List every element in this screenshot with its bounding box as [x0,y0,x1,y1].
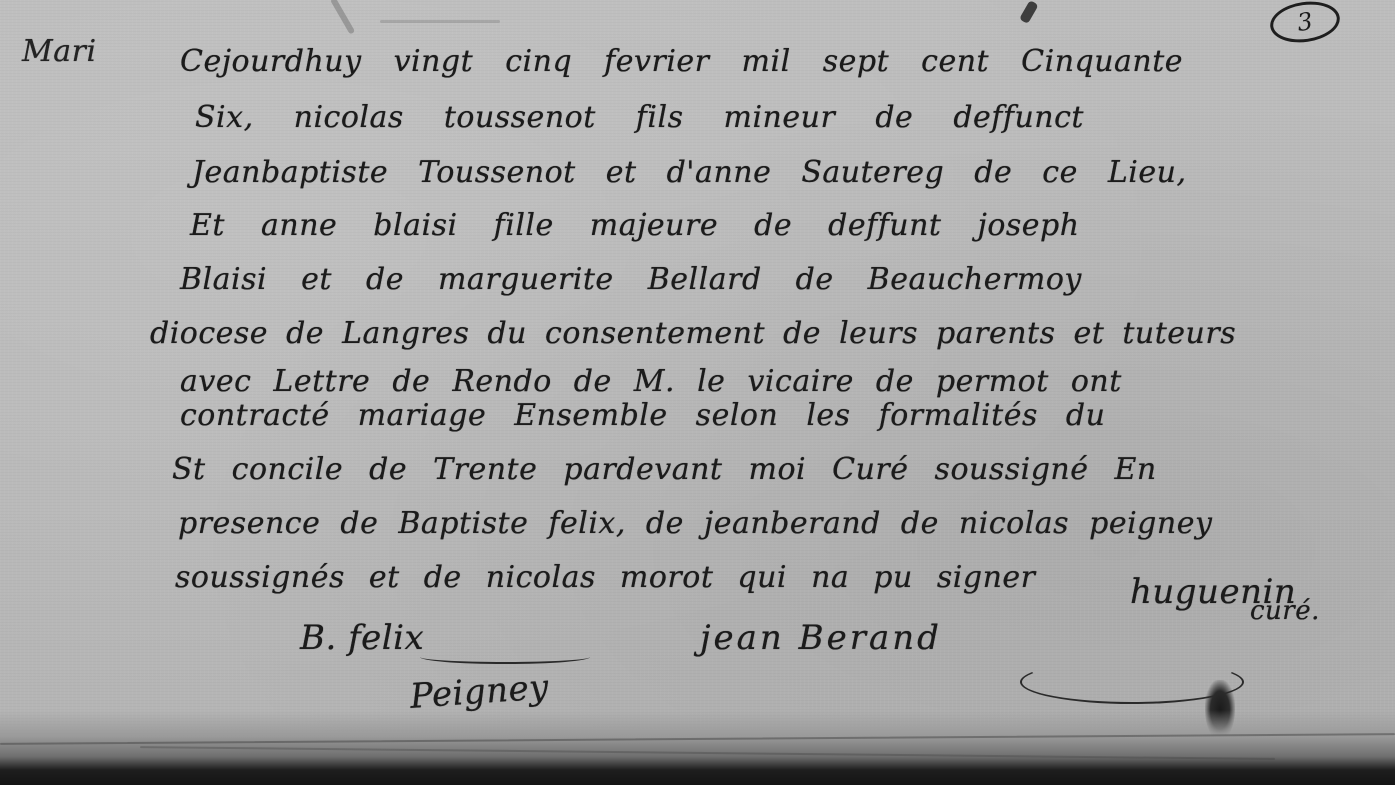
signature-cure: curé. [1250,596,1320,626]
body-line-7: avec Lettre de Rendo de M. le vicaire de… [180,364,1122,399]
signature-felix: B. felix [300,618,424,658]
bleed-through-stroke [330,0,355,35]
body-line-3: Jeanbaptiste Toussenot et d'anne Sautere… [192,155,1187,190]
folio-number-text: 3 [1295,7,1314,37]
bleed-through-stroke [380,20,500,23]
body-line-5: Blaisi et de marguerite Bellard de Beauc… [180,262,1082,297]
body-line-8: contracté mariage Ensemble selon les for… [180,398,1105,433]
body-line-2: Six, nicolas toussenot fils mineur de de… [195,100,1084,135]
body-line-4: Et anne blaisi fille majeure de deffunt … [190,208,1080,243]
body-line-1: Cejourdhuy vingt cinq fevrier mil sept c… [180,44,1183,79]
body-line-6: diocese de Langres du consentement de le… [150,316,1236,351]
signature-flourish [420,650,590,664]
bleed-through-stroke [1019,0,1039,24]
body-line-10: presence de Baptiste felix, de jeanberan… [178,506,1212,541]
body-line-9: St concile de Trente pardevant moi Curé … [172,452,1157,487]
folio-number: 3 [1268,0,1343,47]
manuscript-page: 3 Mari Cejourdhuy vingt cinq fevrier mil… [0,0,1395,785]
signature-berand: jean Berand [700,618,942,658]
margin-note: Mari [22,34,97,69]
body-line-11: soussignés et de nicolas morot qui na pu… [175,560,1035,595]
